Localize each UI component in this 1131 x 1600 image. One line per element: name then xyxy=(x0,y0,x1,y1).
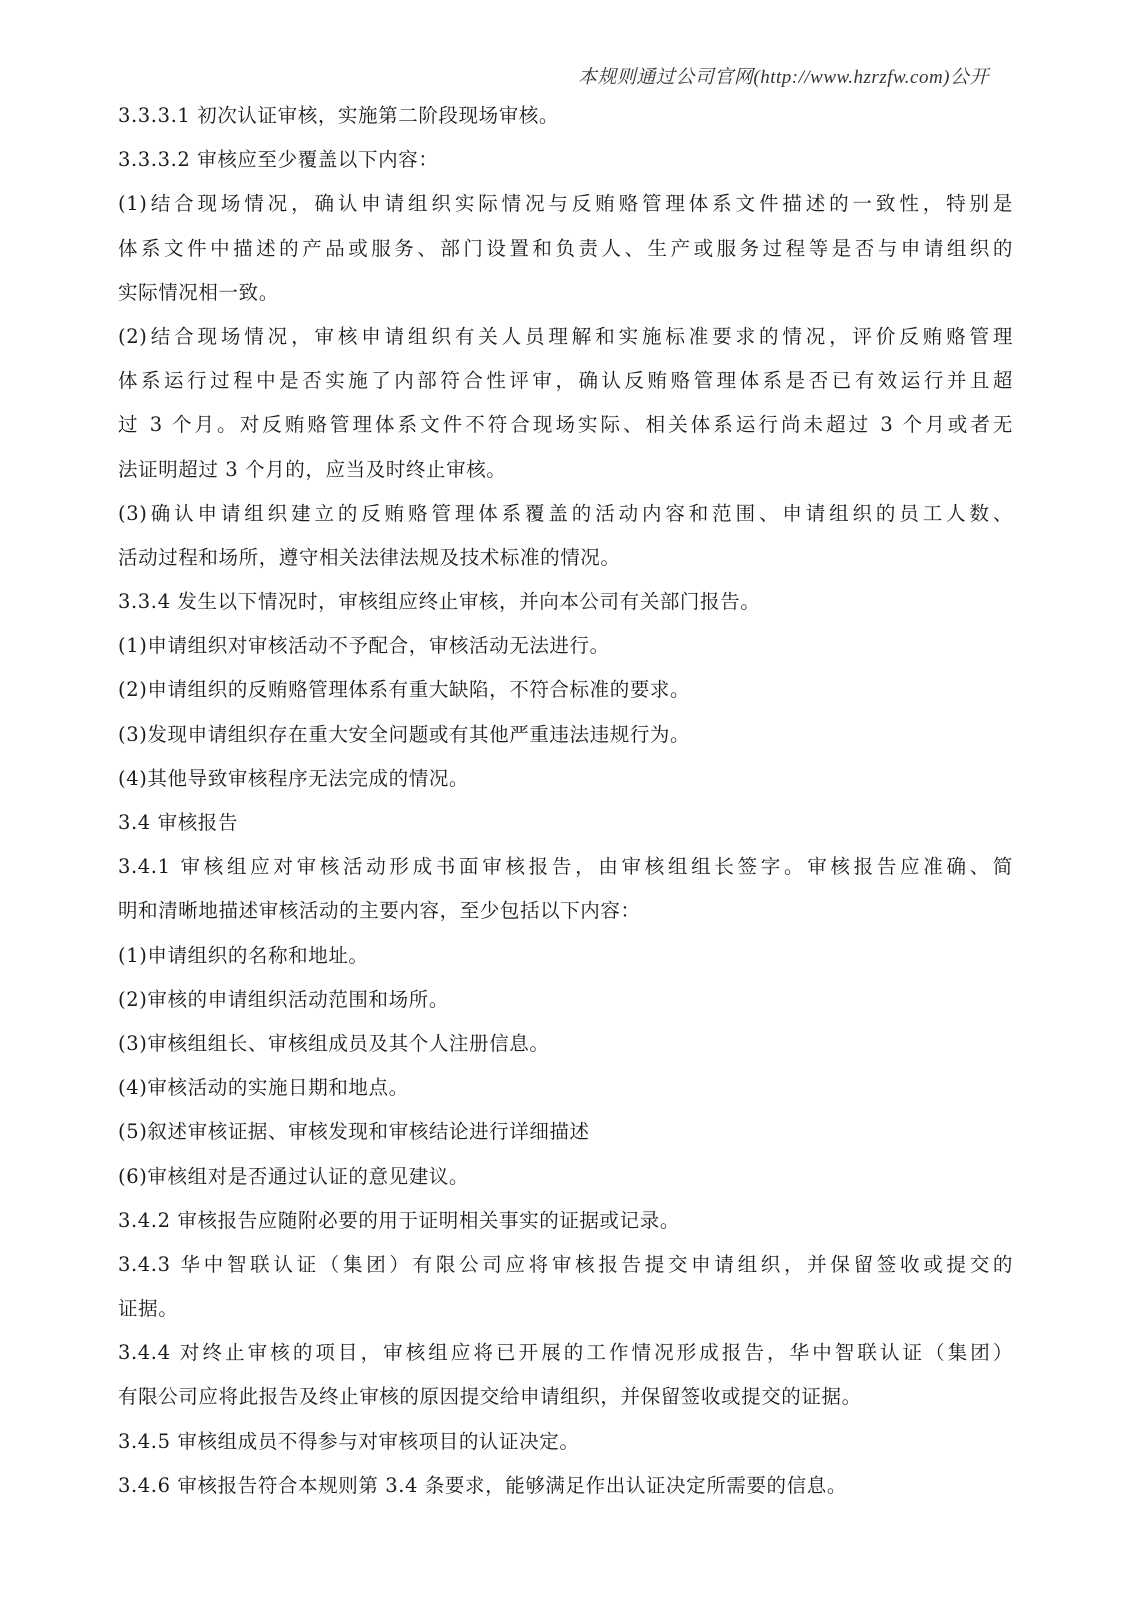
clause-3-4-2: 3.4.2 审核报告应随附必要的用于证明相关事实的证据或记录。 xyxy=(118,1199,1013,1243)
clause-item-2-line-3: 过 3 个月。对反贿赂管理体系文件不符合现场实际、相关体系运行尚未超过 3 个月… xyxy=(118,403,1013,447)
clause-item-2-line-2: 体系运行过程中是否实施了内部符合性评审，确认反贿赂管理体系是否已有效运行并且超 xyxy=(118,359,1013,403)
termination-item-3: (3)发现申请组织存在重大安全问题或有其他严重违法违规行为。 xyxy=(118,713,1013,757)
clause-item-1-line-3: 实际情况相一致。 xyxy=(118,271,1013,315)
termination-item-4: (4)其他导致审核程序无法完成的情况。 xyxy=(118,757,1013,801)
clause-3-4-4-line-2: 有限公司应将此报告及终止审核的原因提交给申请组织，并保留签收或提交的证据。 xyxy=(118,1375,1013,1419)
clause-3-3-3-1: 3.3.3.1 初次认证审核，实施第二阶段现场审核。 xyxy=(118,94,1013,138)
clause-3-4-3-line-1: 3.4.3 华中智联认证（集团）有限公司应将审核报告提交申请组织，并保留签收或提… xyxy=(118,1243,1013,1287)
section-heading-3-4: 3.4 审核报告 xyxy=(118,801,1013,845)
clause-item-2-line-1: (2)结合现场情况，审核申请组织有关人员理解和实施标准要求的情况，评价反贿赂管理 xyxy=(118,315,1013,359)
clause-item-1-line-2: 体系文件中描述的产品或服务、部门设置和负责人、生产或服务过程等是否与申请组织的 xyxy=(118,227,1013,271)
report-item-4: (4)审核活动的实施日期和地点。 xyxy=(118,1066,1013,1110)
clause-3-4-3-line-2: 证据。 xyxy=(118,1287,1013,1331)
termination-item-2: (2)申请组织的反贿赂管理体系有重大缺陷，不符合标准的要求。 xyxy=(118,668,1013,712)
clause-3-4-4-line-1: 3.4.4 对终止审核的项目，审核组应将已开展的工作情况形成报告，华中智联认证（… xyxy=(118,1331,1013,1375)
clause-item-2-line-4: 法证明超过 3 个月的，应当及时终止审核。 xyxy=(118,448,1013,492)
report-item-5: (5)叙述审核证据、审核发现和审核结论进行详细描述 xyxy=(118,1110,1013,1154)
clause-item-1-line-1: (1)结合现场情况，确认申请组织实际情况与反贿赂管理体系文件描述的一致性，特别是 xyxy=(118,182,1013,226)
clause-3-4-1-line-2: 明和清晰地描述审核活动的主要内容，至少包括以下内容： xyxy=(118,889,1013,933)
report-item-1: (1)申请组织的名称和地址。 xyxy=(118,934,1013,978)
clause-item-3-line-2: 活动过程和场所，遵守相关法律法规及技术标准的情况。 xyxy=(118,536,1013,580)
page-header-note: 本规则通过公司官网(http://www.hzrzfw.com)公开 xyxy=(578,62,989,89)
clause-item-3-line-1: (3)确认申请组织建立的反贿赂管理体系覆盖的活动内容和范围、申请组织的员工人数、 xyxy=(118,492,1013,536)
clause-3-3-3-2: 3.3.3.2 审核应至少覆盖以下内容： xyxy=(118,138,1013,182)
termination-item-1: (1)申请组织对审核活动不予配合，审核活动无法进行。 xyxy=(118,624,1013,668)
report-item-6: (6)审核组对是否通过认证的意见建议。 xyxy=(118,1155,1013,1199)
clause-3-3-4: 3.3.4 发生以下情况时，审核组应终止审核，并向本公司有关部门报告。 xyxy=(118,580,1013,624)
report-item-3: (3)审核组组长、审核组成员及其个人注册信息。 xyxy=(118,1022,1013,1066)
report-item-2: (2)审核的申请组织活动范围和场所。 xyxy=(118,978,1013,1022)
document-body: 3.3.3.1 初次认证审核，实施第二阶段现场审核。 3.3.3.2 审核应至少… xyxy=(118,94,1013,1508)
clause-3-4-1-line-1: 3.4.1 审核组应对审核活动形成书面审核报告，由审核组组长签字。审核报告应准确… xyxy=(118,845,1013,889)
clause-3-4-6: 3.4.6 审核报告符合本规则第 3.4 条要求，能够满足作出认证决定所需要的信… xyxy=(118,1464,1013,1508)
clause-3-4-5: 3.4.5 审核组成员不得参与对审核项目的认证决定。 xyxy=(118,1420,1013,1464)
